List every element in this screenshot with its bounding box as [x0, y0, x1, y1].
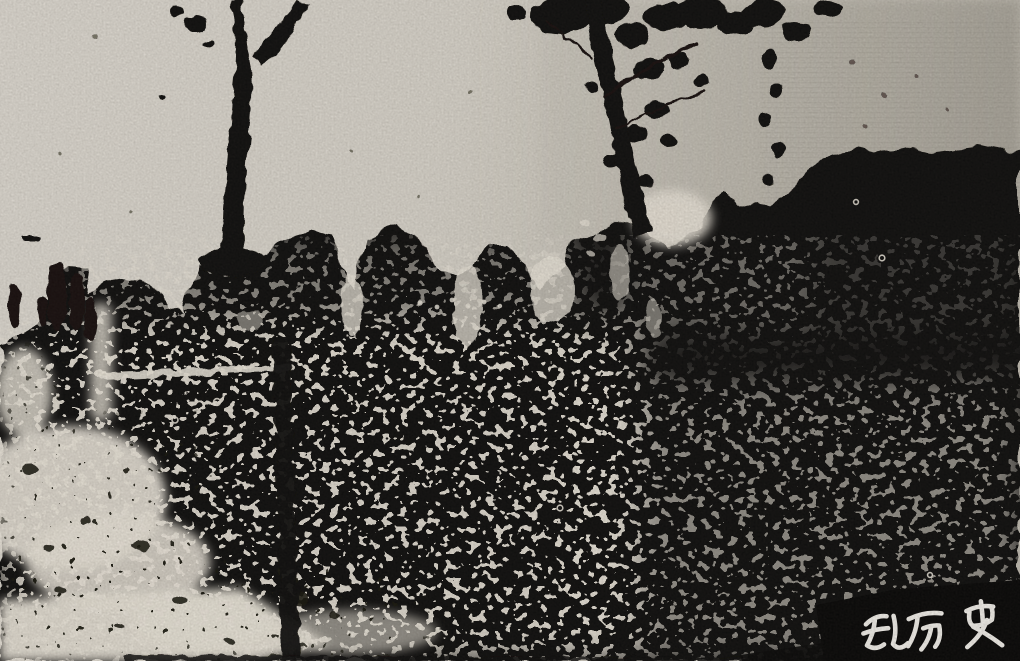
historical-photo: 乱历史: [0, 0, 1020, 661]
film-grain-overlay: [0, 0, 1020, 661]
photo-artwork: [0, 0, 1020, 661]
